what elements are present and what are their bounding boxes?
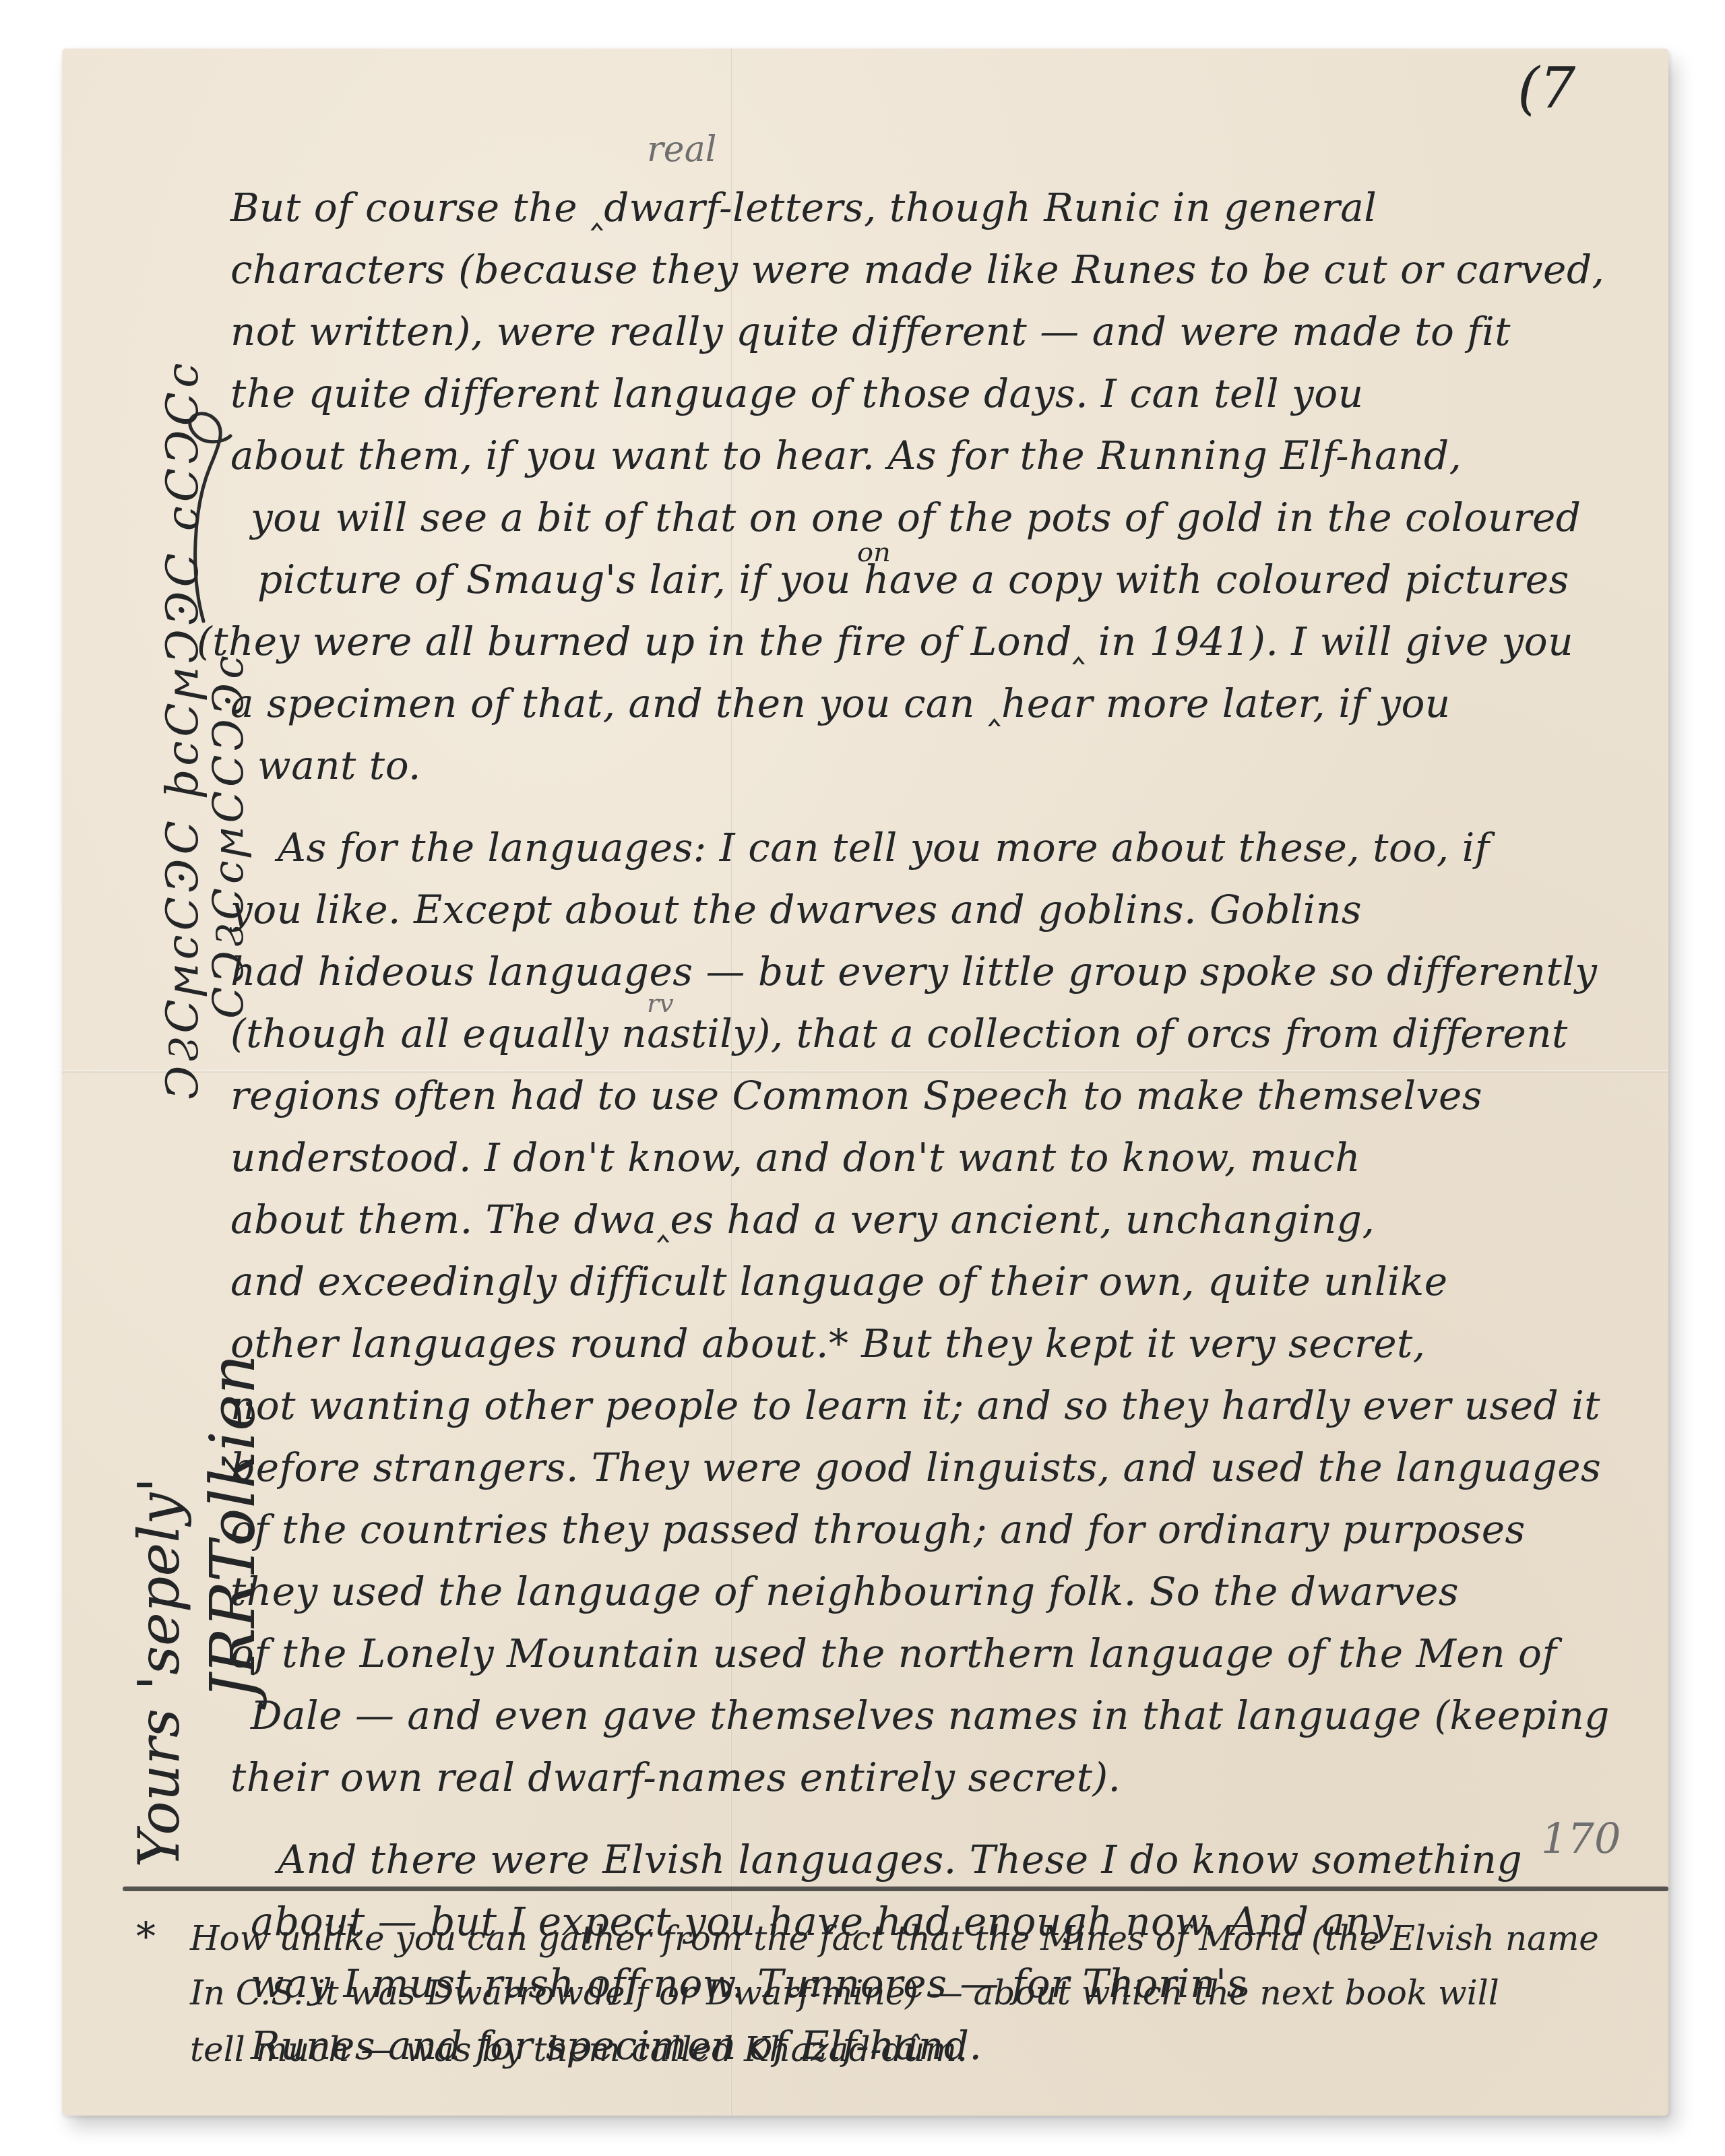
text-line: you like. Except about the dwarves and g…	[230, 879, 1612, 941]
letter-body: But of course the ‸dwarf-letters, though…	[230, 177, 1612, 2076]
text-line: and exceedingly difficult language of th…	[230, 1250, 1612, 1312]
footnote: *How unlike you can gather from the fact…	[136, 1908, 1652, 2078]
text-line: characters (because they were made like …	[230, 239, 1612, 300]
margin-tengwar-line-1: ϽϨϹϻϲϹϿϹ ϸϲϹϻϽϿϹ ϲϹϽϹϲ	[156, 359, 209, 1100]
text-line: picture of Smaug's lair, if you have a c…	[230, 548, 1612, 610]
letter-page: (7 real on rv But of course the ‸dwarf-l…	[62, 49, 1668, 2116]
text-line: But of course the ‸dwarf-letters, though…	[230, 177, 1612, 239]
text-line: about them, if you want to hear. As for …	[230, 424, 1612, 486]
text-line: the quite different language of those da…	[230, 362, 1612, 424]
footnote-line: tell much — was by them called Khazad-dû…	[136, 2021, 1652, 2078]
footnote-line: In C.S. it was Dwarrowdelf or Dwarf-mine…	[136, 1965, 1652, 2021]
signature: JRRTolkien	[197, 1354, 269, 1699]
closing-salutation: Yours 'sepely'	[126, 1477, 192, 1868]
text-line: not written), were really quite differen…	[230, 300, 1612, 362]
text-line: other languages round about.* But they k…	[230, 1312, 1612, 1374]
asterisk-marker: *	[136, 1908, 190, 1965]
paragraph-1: But of course the ‸dwarf-letters, though…	[230, 177, 1612, 796]
text-line: about them. The dwa‸es had a very ancien…	[230, 1188, 1612, 1250]
margin-tengwar-line-2: ϹϽϨϹϲϻϹϹϽϿϲ	[203, 652, 253, 1019]
text-line: before strangers. They were good linguis…	[230, 1436, 1612, 1498]
text-line: As for the languages: I can tell you mor…	[230, 817, 1612, 879]
page-number: (7	[1517, 55, 1575, 121]
text-line: their own real dwarf-names entirely secr…	[230, 1746, 1612, 1808]
text-line: of the countries they passed through; an…	[230, 1498, 1612, 1560]
insertion-real: real	[647, 129, 716, 170]
text-line: had hideous languages — but every little…	[230, 941, 1612, 1003]
footnote-line: *How unlike you can gather from the fact…	[136, 1908, 1652, 1965]
text-line: want to.	[230, 734, 1612, 796]
text-line: of the Lonely Mountain used the northern…	[230, 1622, 1612, 1684]
text-line: And there were Elvish languages. These I…	[230, 1829, 1612, 1891]
text-line: (though all equally nastily), that a col…	[230, 1003, 1612, 1065]
paragraph-2: As for the languages: I can tell you mor…	[230, 817, 1612, 1808]
catalog-number: 170	[1541, 1814, 1621, 1863]
text-line: they used the language of neighbouring f…	[230, 1560, 1612, 1622]
text-line: regions often had to use Common Speech t…	[230, 1065, 1612, 1127]
text-line: not wanting other people to learn it; an…	[230, 1374, 1612, 1436]
footnote-divider	[123, 1886, 1668, 1891]
text-line: you will see a bit of that on one of the…	[230, 486, 1612, 548]
text-line: a specimen of that, and then you can ‸he…	[230, 672, 1612, 734]
text-line: (they were all burned up in the fire of …	[197, 610, 1612, 672]
text-line: understood. I don't know, and don't want…	[230, 1127, 1612, 1188]
text-line: Dale — and even gave themselves names in…	[230, 1684, 1612, 1746]
